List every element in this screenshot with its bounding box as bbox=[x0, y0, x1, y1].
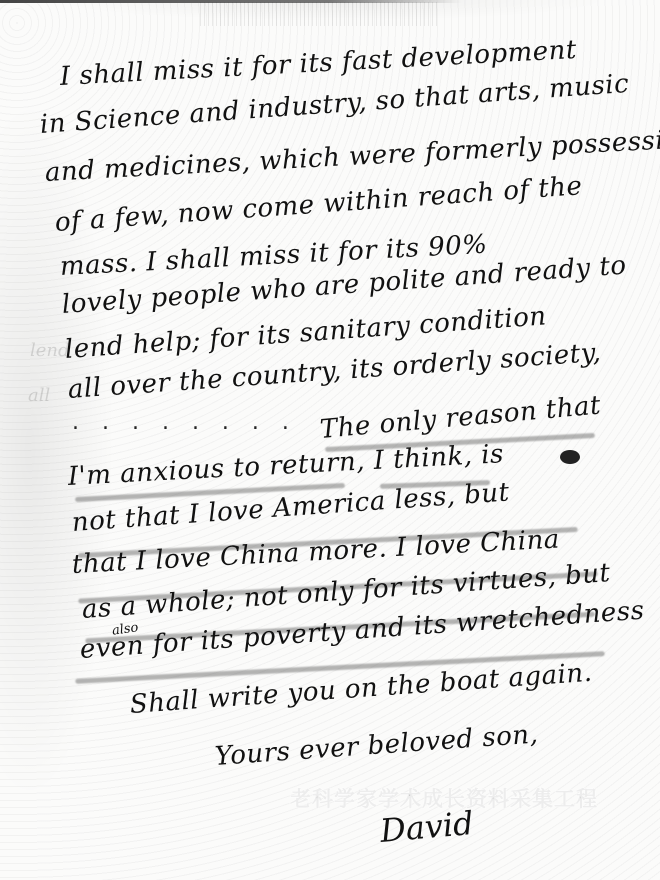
margin-ghost-text: all bbox=[28, 385, 50, 406]
ink-blot bbox=[560, 450, 580, 464]
closing-line: Yours ever beloved son, bbox=[214, 719, 539, 772]
ellipsis-dots: . . . . . . . . bbox=[72, 410, 297, 435]
scanned-letter-page: lend all I shall miss it for its fast de… bbox=[0, 0, 660, 880]
scan-smudge bbox=[200, 2, 440, 26]
signature: David bbox=[379, 804, 475, 850]
